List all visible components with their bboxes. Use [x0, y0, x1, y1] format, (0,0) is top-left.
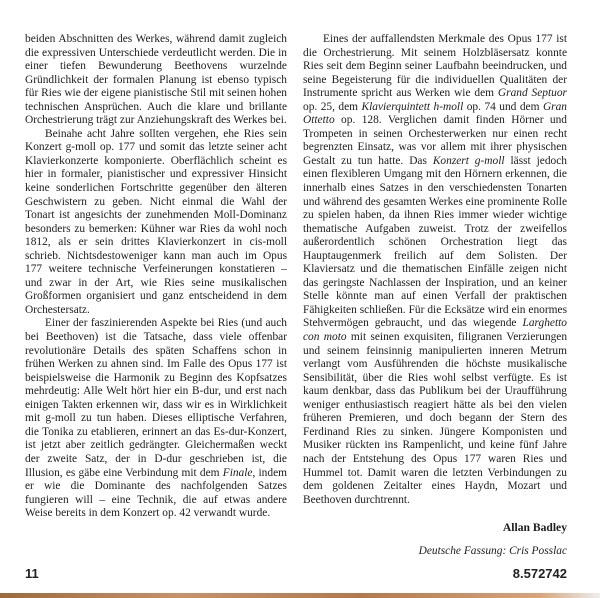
paragraph: Eines der auffallendsten Merkmale des Op…	[303, 33, 567, 507]
catalog-number: 8.572742	[513, 566, 567, 581]
author-signature: Allan Badley	[303, 521, 567, 535]
page-edge	[0, 593, 600, 598]
work-title: Konzert g-moll	[433, 155, 505, 167]
paragraph: Einer der faszinierenden Aspekte bei Rie…	[25, 317, 287, 520]
page-number: 11	[25, 566, 39, 581]
paragraph: Beinahe acht Jahre sollten vergehen, ehe…	[25, 128, 287, 318]
right-text-column: Eines der auffallendsten Merkmale des Op…	[303, 33, 567, 558]
paragraph: beiden Abschnitten des Werkes, während d…	[25, 33, 287, 128]
work-title: Klavierquintett h-moll	[362, 101, 464, 113]
italic-title: Finale	[223, 467, 253, 479]
translation-credit: Deutsche Fassung: Cris Posslac	[303, 545, 567, 559]
work-title: Grand Septuor	[498, 87, 567, 99]
left-text-column: beiden Abschnitten des Werkes, während d…	[25, 33, 287, 521]
